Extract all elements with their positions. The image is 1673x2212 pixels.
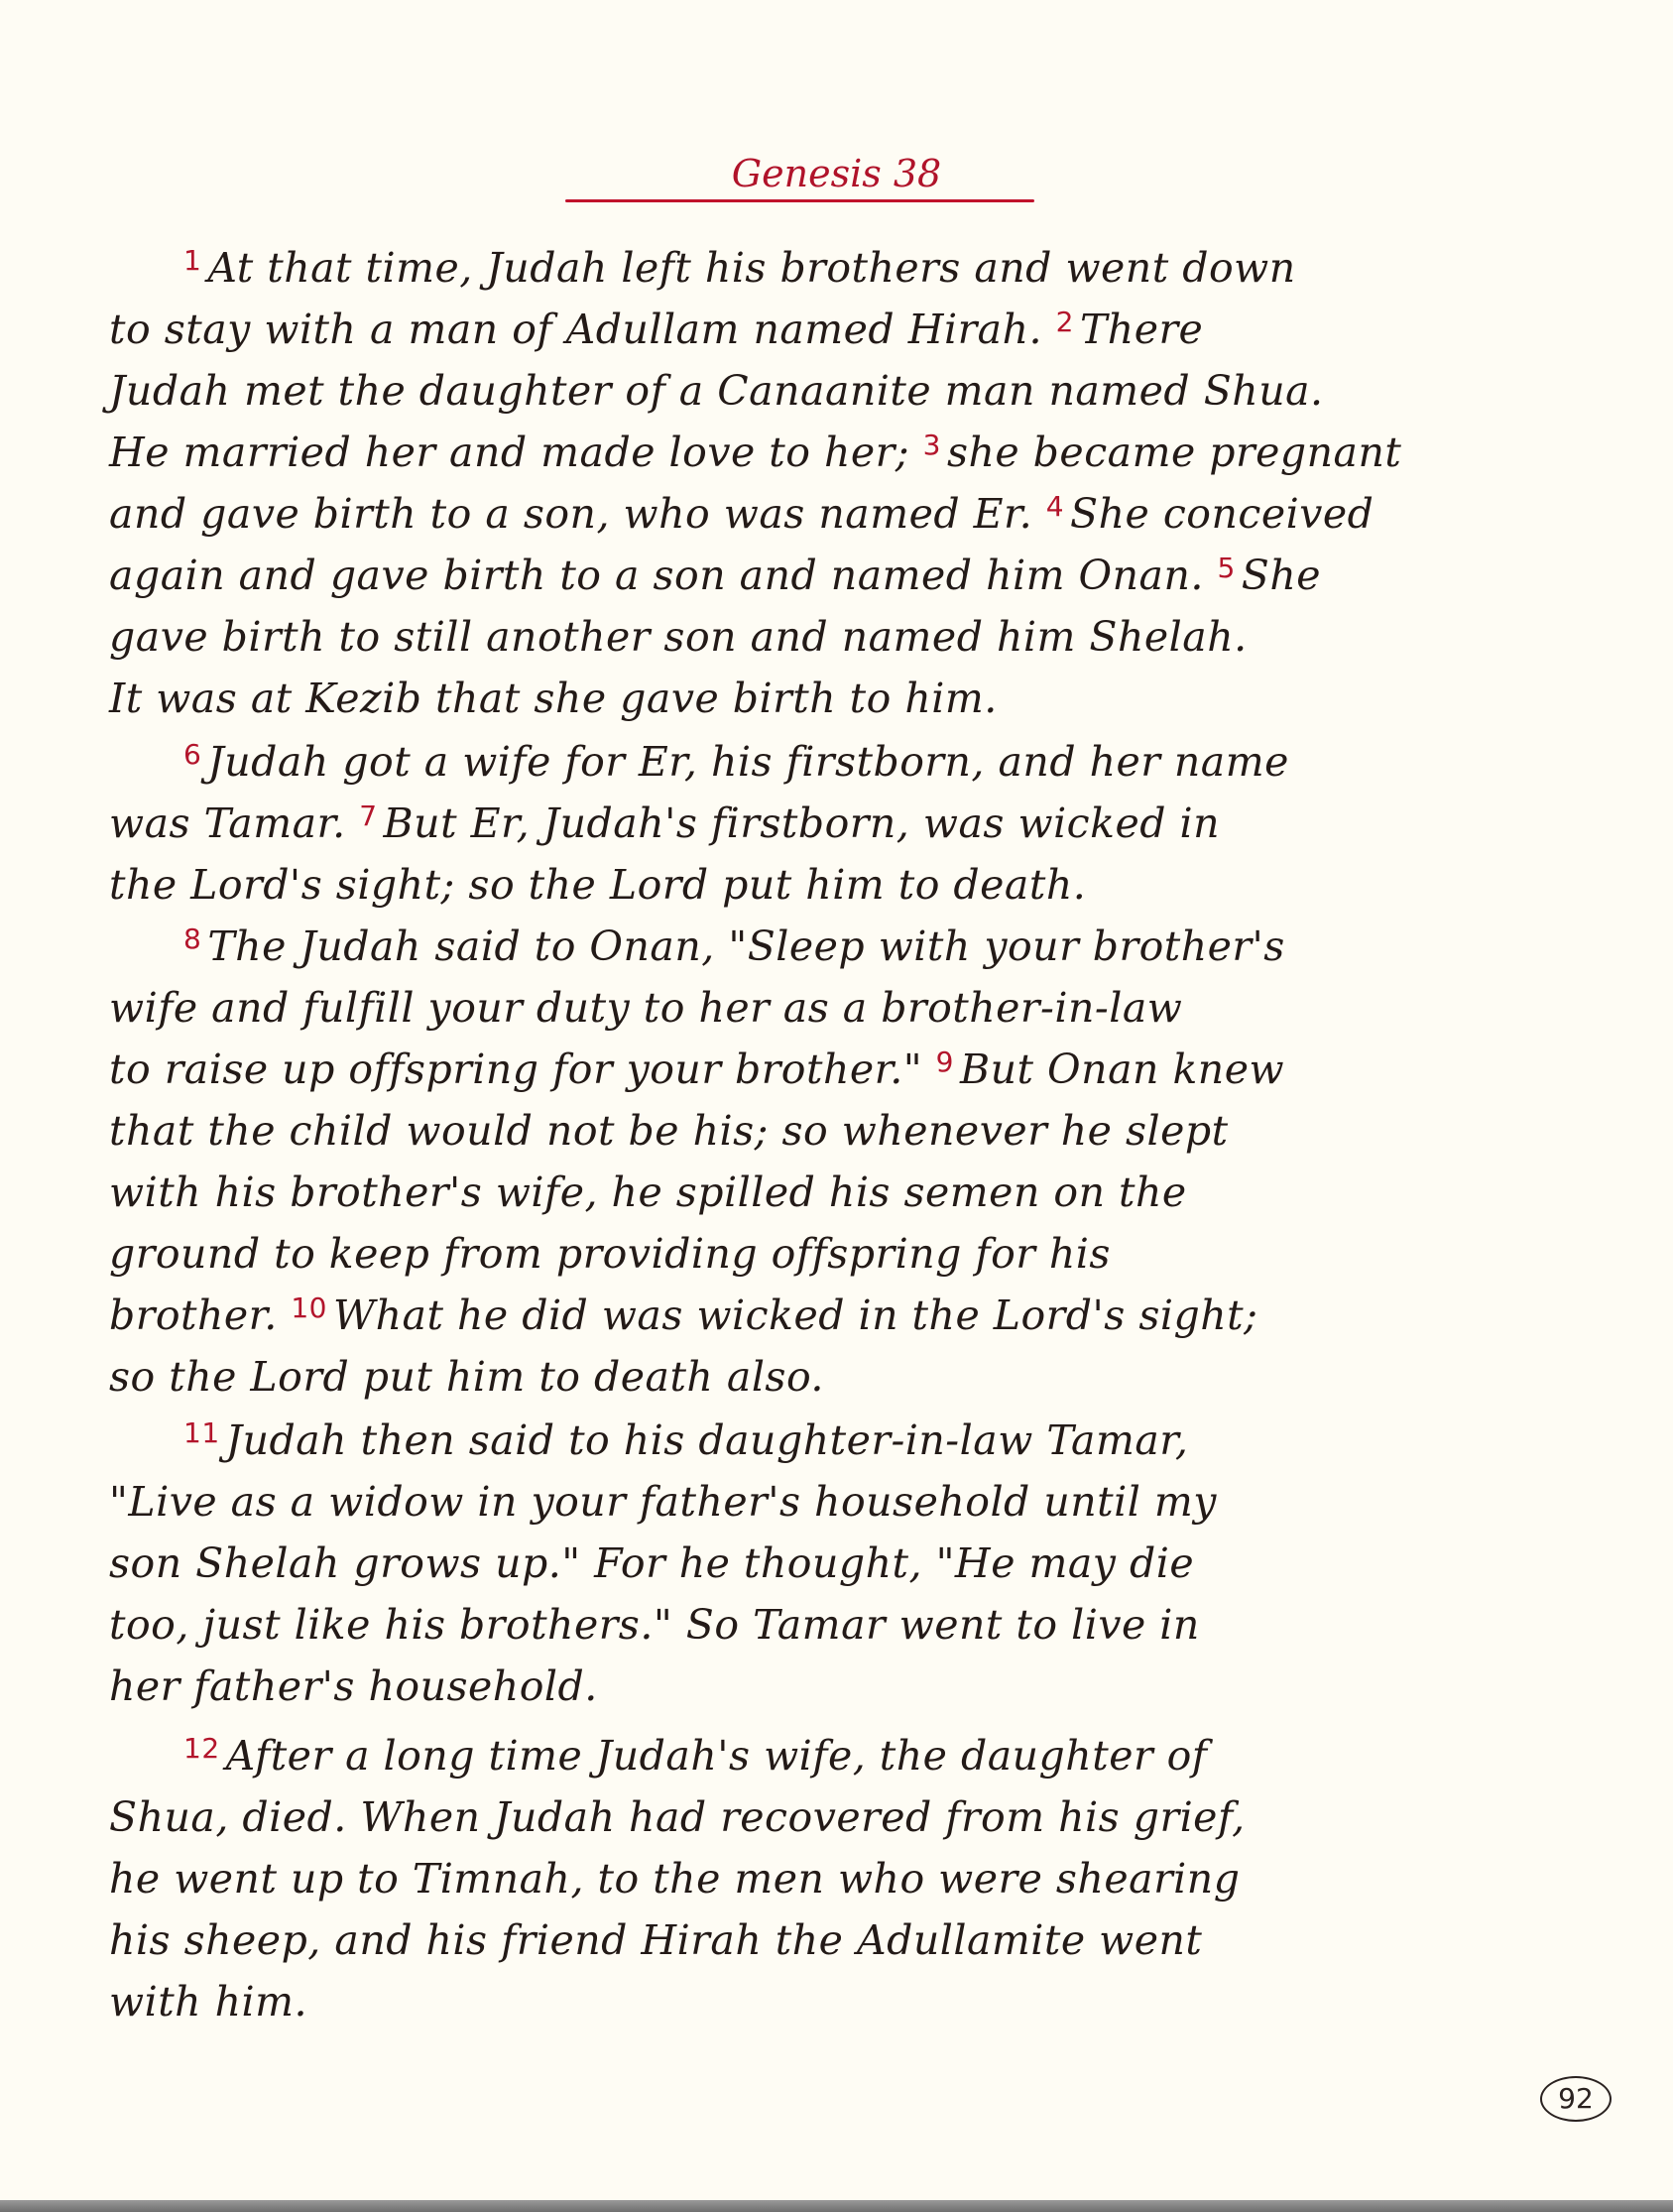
title-underline [565, 199, 1034, 202]
text-line: with him. [109, 1972, 1616, 2031]
text-line: Judah met the daughter of a Canaanite ma… [109, 361, 1616, 421]
page-title: Genesis 38 [0, 149, 1673, 198]
text-line: 6Judah got a wife for Er, his firstborn,… [183, 732, 1673, 797]
text-line: so the Lord put him to death also. [109, 1347, 1616, 1407]
text-line: and gave birth to a son, who was named E… [109, 484, 1616, 549]
page-number: 92 [1540, 2076, 1612, 2122]
verse-number: 8 [183, 922, 201, 955]
verse-number: 12 [183, 1732, 220, 1765]
handwritten-page: Genesis 38 1At that time, Judah left his… [0, 0, 1673, 2200]
text-line: gave birth to still another son and name… [109, 607, 1616, 667]
text-line: his sheep, and his friend Hirah the Adul… [109, 1910, 1616, 1970]
text-line: that the child would not be his; so when… [109, 1101, 1616, 1161]
verse-number: 10 [291, 1291, 327, 1324]
verse-number: 7 [359, 799, 377, 832]
verse-number: 1 [183, 244, 201, 277]
verse-number: 4 [1046, 490, 1064, 523]
verse-number: 2 [1056, 306, 1074, 338]
text-line: "Live as a widow in your father's househ… [109, 1472, 1616, 1532]
text-line: with his brother's wife, he spilled his … [109, 1163, 1616, 1222]
text-line: It was at Kezib that she gave birth to h… [109, 669, 1616, 728]
verse-number: 9 [936, 1045, 954, 1078]
text-line: brother. 10What he did was wicked in the… [109, 1286, 1616, 1350]
verse-number: 5 [1217, 552, 1235, 584]
text-line: Shua, died. When Judah had recovered fro… [109, 1787, 1616, 1847]
scan-edge [0, 2200, 1673, 2212]
text-line: the Lord's sight; so the Lord put him to… [109, 855, 1616, 915]
text-line: 12After a long time Judah's wife, the da… [183, 1726, 1673, 1790]
text-line: her father's household. [109, 1657, 1616, 1716]
verse-number: 6 [183, 738, 201, 771]
text-line: wife and fulfill your duty to her as a b… [109, 978, 1616, 1038]
text-line: ground to keep from providing offspring … [109, 1224, 1616, 1284]
text-line: too, just like his brothers." So Tamar w… [109, 1595, 1616, 1655]
text-line: 8The Judah said to Onan, "Sleep with you… [183, 917, 1673, 981]
text-line: again and gave birth to a son and named … [109, 546, 1616, 610]
text-line: 1At that time, Judah left his brothers a… [183, 238, 1673, 303]
text-line: son Shelah grows up." For he thought, "H… [109, 1534, 1616, 1593]
text-line: 11Judah then said to his daughter-in-law… [183, 1411, 1673, 1475]
text-line: was Tamar. 7But Er, Judah's firstborn, w… [109, 794, 1616, 858]
verse-number: 3 [923, 429, 941, 461]
text-line: he went up to Timnah, to the men who wer… [109, 1849, 1616, 1908]
text-line: to stay with a man of Adullam named Hira… [109, 300, 1616, 364]
text-line: to raise up offspring for your brother."… [109, 1040, 1616, 1104]
verse-number: 11 [183, 1416, 220, 1449]
text-line: He married her and made love to her; 3sh… [109, 423, 1616, 487]
